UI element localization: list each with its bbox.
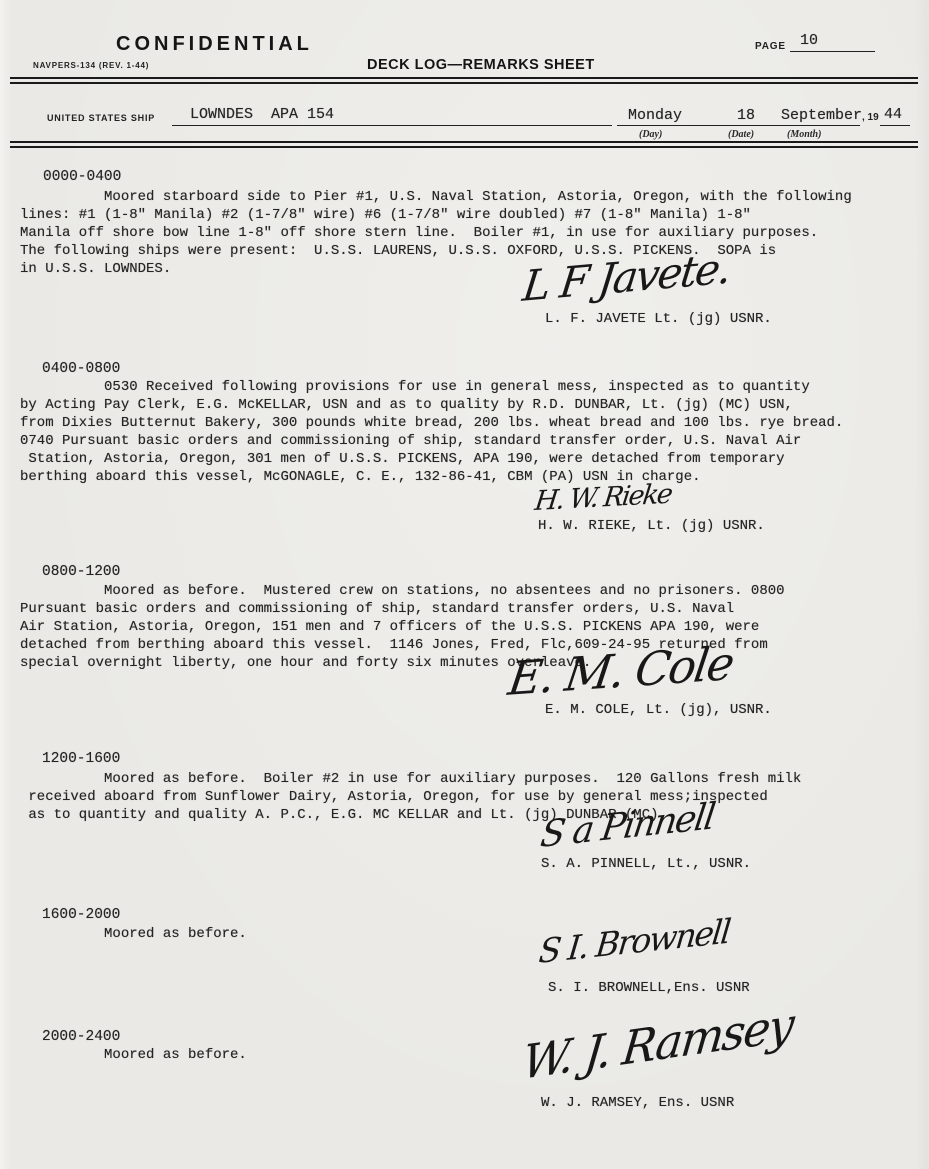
month-label: (Month) (787, 129, 821, 140)
header-rule-bottom (10, 141, 918, 148)
ship-label: UNITED STATES SHIP (47, 113, 155, 123)
signature-typed-name: H. W. RIEKE, Lt. (jg) USNR. (538, 517, 765, 535)
date-day-value: Monday (628, 107, 682, 125)
entry-time-range: 0000-0400 (43, 168, 121, 186)
date-year-value: 44 (884, 106, 902, 124)
deck-log-remarks-sheet: CONFIDENTIAL PAGE 10 NAVPERS-134 (REV. 1… (0, 0, 929, 1169)
year-prefix: , 19 (862, 112, 879, 123)
entry-remarks-text: Moored as before. (20, 925, 247, 943)
signature-typed-name: S. I. BROWNELL,Ens. USNR (548, 979, 750, 997)
entry-time-range: 1200-1600 (42, 750, 120, 768)
ship-name-underline (172, 125, 612, 126)
date-date-value: 18 (737, 107, 755, 125)
entry-time-range: 0400-0800 (42, 360, 120, 378)
date-label: (Date) (728, 129, 754, 140)
day-label: (Day) (639, 129, 662, 140)
signature-typed-name: E. M. COLE, Lt. (jg), USNR. (545, 701, 772, 719)
date-month-value: September (781, 107, 862, 125)
handwritten-signature: W. J. Ramsey (520, 997, 795, 1090)
entry-time-range: 2000-2400 (42, 1028, 120, 1046)
classification-stamp: CONFIDENTIAL (116, 33, 313, 56)
entry-remarks-text: Moored as before. (20, 1046, 247, 1064)
entry-remarks-text: 0530 Received following provisions for u… (20, 378, 843, 486)
page-number-underline (790, 51, 875, 52)
date-underline (617, 125, 860, 126)
signature-typed-name: S. A. PINNELL, Lt., USNR. (541, 855, 751, 873)
page-number: 10 (800, 32, 818, 50)
entry-time-range: 1600-2000 (42, 906, 120, 924)
handwritten-signature: H. W. Rieke (533, 479, 673, 517)
header-rule-top (10, 77, 918, 84)
signature-typed-name: L. F. JAVETE Lt. (jg) USNR. (545, 310, 772, 328)
ship-name: LOWNDES APA 154 (190, 106, 334, 124)
sheet-title: DECK LOG—REMARKS SHEET (367, 57, 595, 73)
page-label: PAGE (755, 41, 786, 52)
entry-time-range: 0800-1200 (42, 563, 120, 581)
signature-typed-name: W. J. RAMSEY, Ens. USNR (541, 1094, 734, 1112)
handwritten-signature: S I. Brownell (537, 911, 731, 971)
form-number: NAVPERS-134 (REV. 1-44) (33, 61, 149, 70)
year-underline (880, 125, 910, 126)
